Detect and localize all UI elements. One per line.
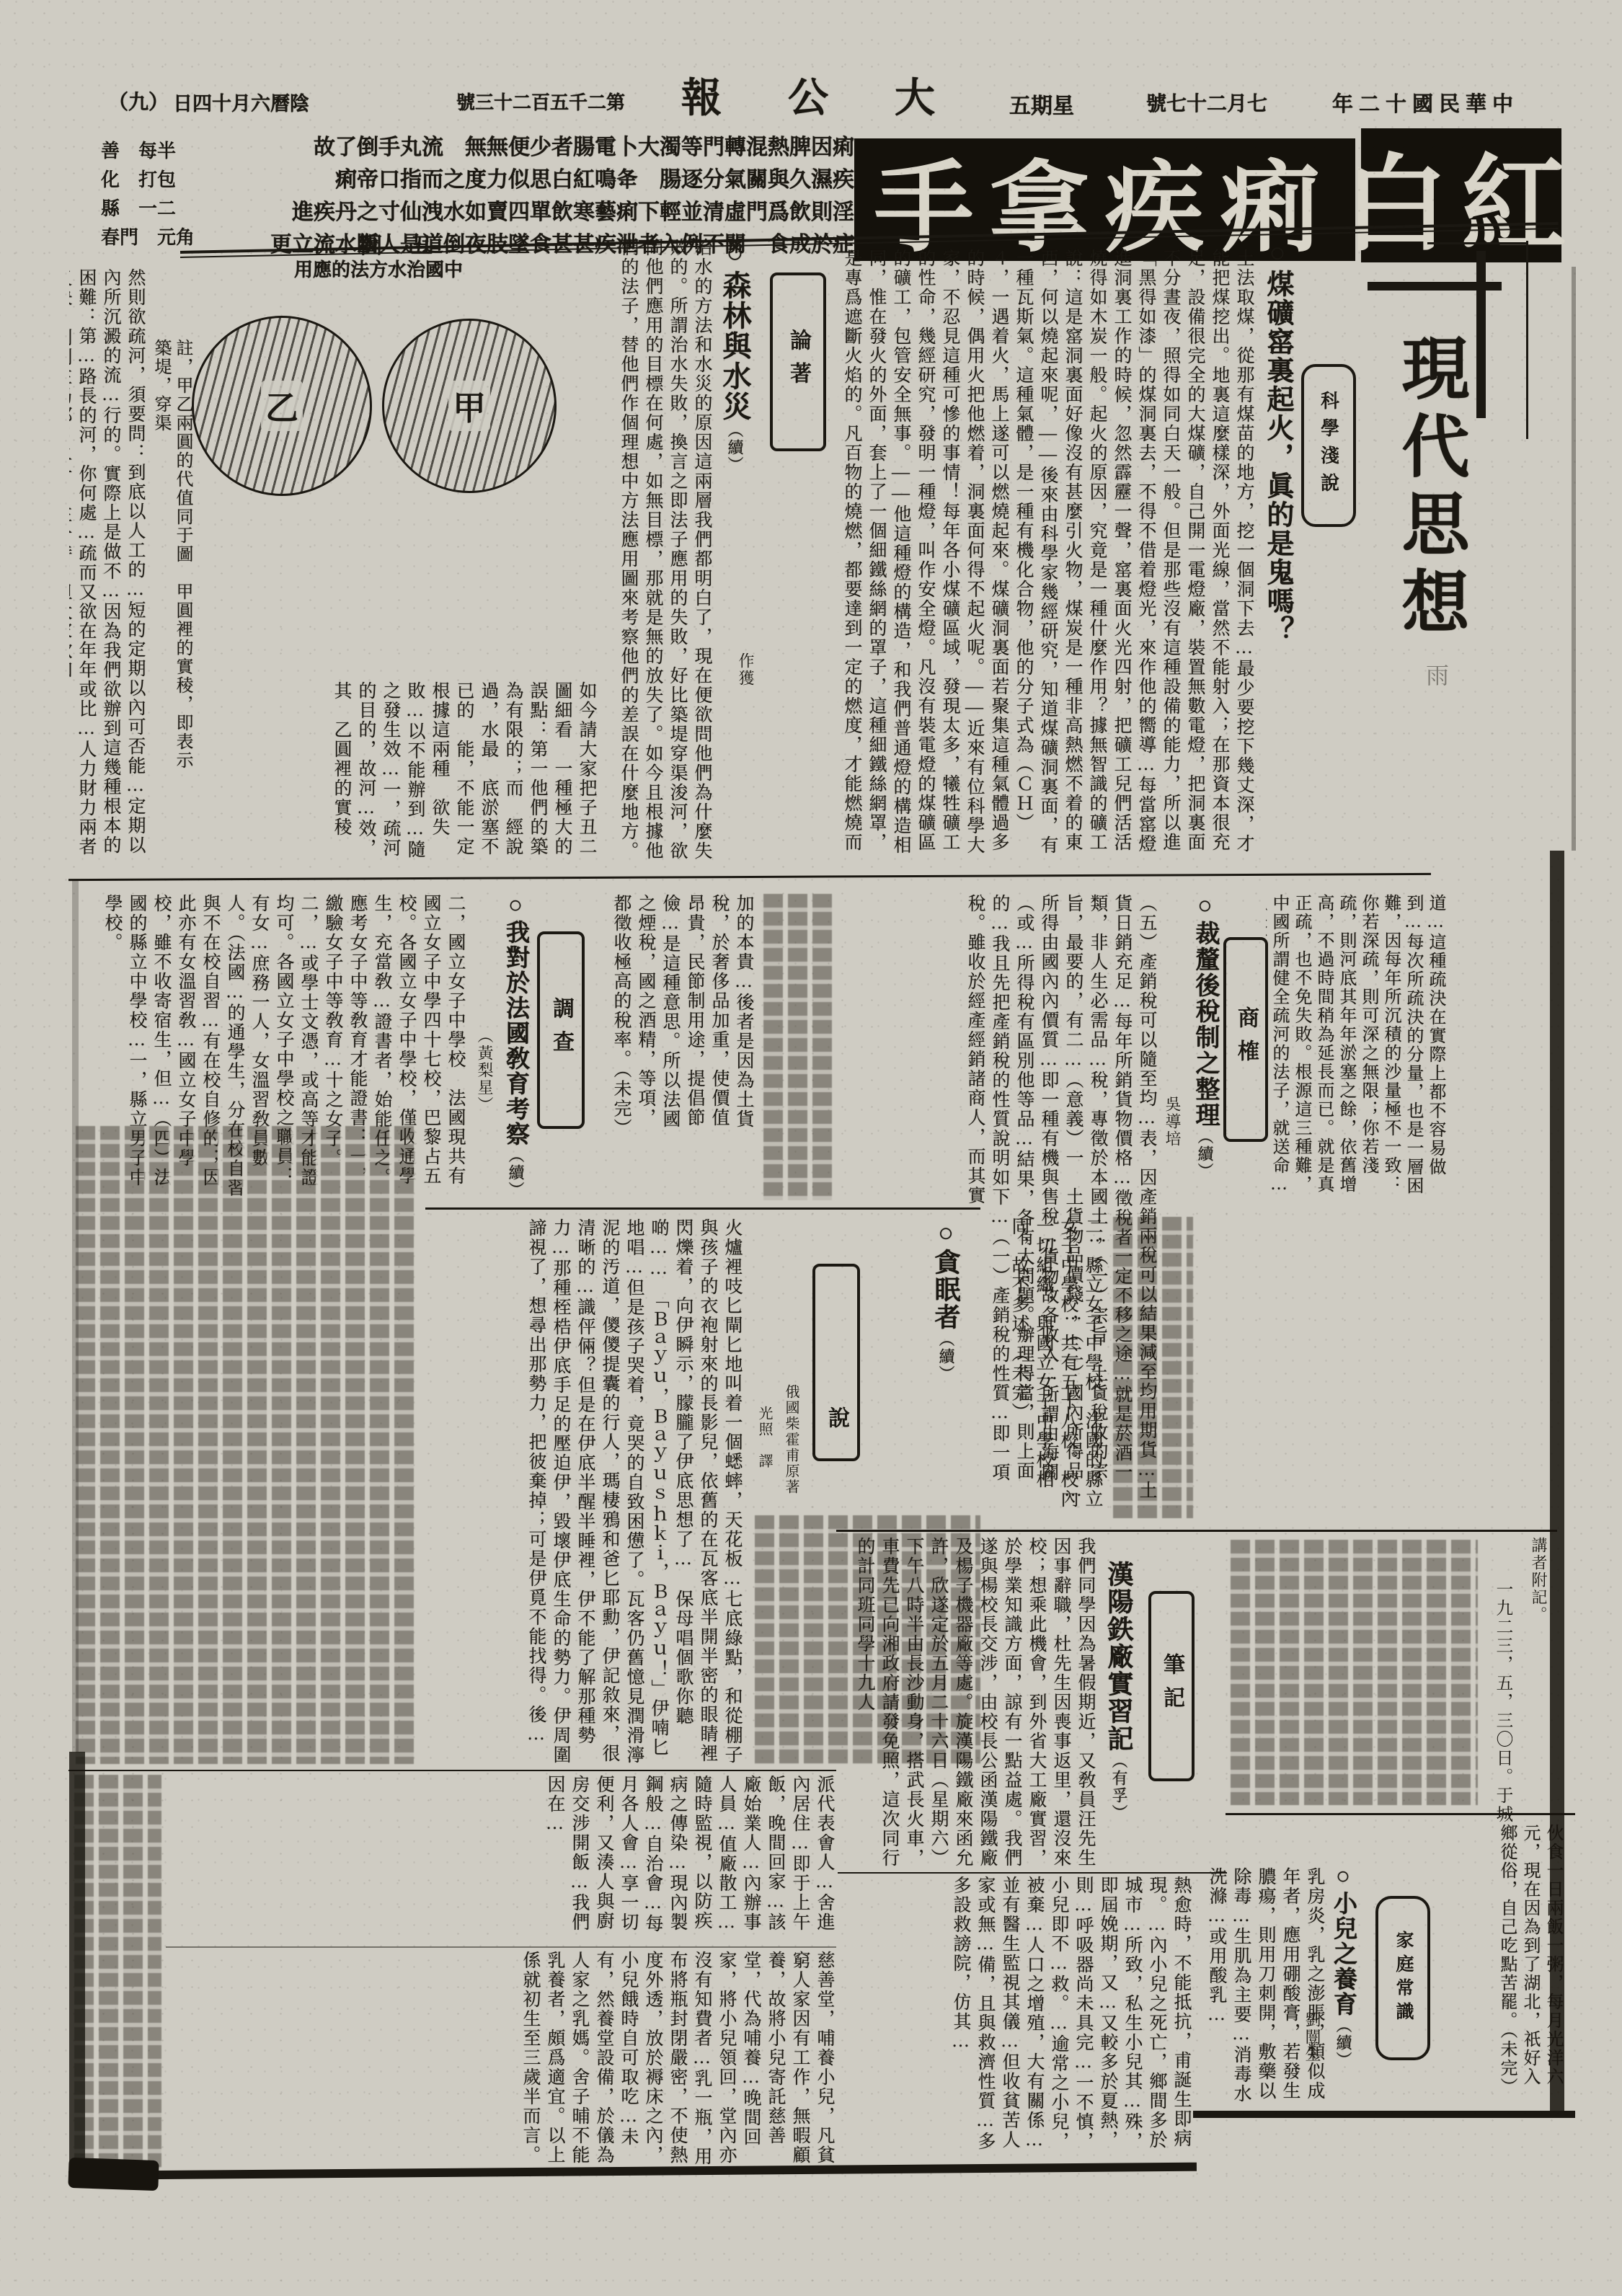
diagram-circle-jia: 甲 <box>382 319 557 493</box>
infant-cont-mark: （續） <box>1334 2017 1352 2069</box>
ad-price-row: 縣 一二 <box>101 195 231 223</box>
tax-article-tail: 加的本貴…後者是因為土貨稅，於奢侈品加重，使價值昂貴，民節制用途，提倡節儉…是這… <box>590 894 755 1133</box>
masthead-issue-number: 第二千五百二十三號 <box>456 88 625 115</box>
modern-thought-small-mark: 雨 <box>1426 657 1449 691</box>
fiction-section-box: 說 <box>812 1264 860 1461</box>
tax-article-author: 吳導培 <box>1162 1096 1182 1175</box>
coal-article-headline: ○煤礦窰裏起火，眞的是鬼嗎？ <box>1260 238 1298 743</box>
education-cont-mark: （續） <box>507 1147 525 1199</box>
bracket-vertical <box>1526 241 1528 439</box>
unreadable-text-block <box>1226 1540 1478 1805</box>
fiction-section-label: 說 <box>820 1406 852 1458</box>
masthead-weekday: 星期五 <box>1009 88 1074 120</box>
education-article-headline: ○我對於法國敎育考察（續） <box>501 892 533 1202</box>
education-body-continued: 二，縣立女子中學校。法國的縣立女子中學校，共有五十八校。校內一切組織，與國立女子… <box>982 1217 1104 1520</box>
unreadable-text-block <box>71 1126 417 1764</box>
forest-body-right: 治水的方法和水災的原因這兩層我們都明白了，現在便欲問他們為什麼失敗的。所謂治水失… <box>604 238 714 865</box>
editorial-section-box: 論著 <box>770 272 826 451</box>
diagram-label-jia: 甲 <box>448 381 490 431</box>
left-page-fold <box>69 1752 85 2184</box>
discussion-section-label: 商榷 <box>1230 1006 1262 1073</box>
editorial-section-label: 論著 <box>782 329 814 395</box>
hanyang-body-continued: 派代表㑹人…舍進內居住…即于上午飯，晚間回家…該廠始業人…內辦事人員…值廠散工…… <box>166 1775 836 1943</box>
masthead-title: 大公報 <box>681 66 1001 124</box>
masthead-issue-date: 七月二十七號 <box>1146 88 1267 117</box>
discussion-section-box: 商榷 <box>1223 937 1268 1142</box>
ad-copy-row: 淫則飲爲門虛清並輕下痢藝寒飲單四賣如水洩仙寸之丹疾進 <box>245 196 854 229</box>
bottom-rule-right <box>1193 2111 1575 2118</box>
forest-article-headline: ○森林與水災（續） <box>718 236 755 655</box>
forest-body-left: 然則欲疏河，須要問：到底以人工的…短的定期以內可否能…定期以內所沉澱的流…行的。… <box>69 268 147 866</box>
sleeper-article-headline: ○貪眠者（續） <box>931 1218 965 1420</box>
diagram-note: 註，甲乙兩圓的代值同于圖 甲圓裡的實稜，即表示築堤，穿渠 <box>151 339 193 771</box>
ad-price-block: 善 每半 化 打包 縣 一二 春門 元角 <box>101 137 231 252</box>
hanyang-dateline: 一九二三，五，三〇日。于城南 <box>1492 1580 1512 1825</box>
hanyang-article-body: 我們同學因為暑假期近，又敎員汪先生因事辭職，杜先生因喪事返里，還沒來校；想乘此機… <box>838 1537 1097 1870</box>
hanyang-article-headline: 漢陽鉄廠實習記（有孚） <box>1102 1561 1138 1871</box>
survey-section-box: 調查 <box>537 931 585 1129</box>
sleeper-article-body: 火爐裡吱匕閘匕地叫着一個蟋蟀，天花板…七底綠點，和從棚子與孩子的衣袍射來的長影兒… <box>427 1218 744 1765</box>
hanyang-author: （有孚） <box>1110 1752 1128 1822</box>
masthead-era-date: 中華民國十二年 <box>1332 88 1519 118</box>
forest-body-continued: 道…這種疏決在實際上都不容易做到…每次所疏決的分量，也是一層困難，因每年所沉積的… <box>1266 894 1446 1202</box>
household-section-label: 家庭常識 <box>1390 1931 1416 2026</box>
section-title-modern-thought: 現代思想 <box>1397 333 1478 657</box>
ad-copy-row: 疾濕久與關氣分逐腸 夅鳴紅白思似力度之而指口帝痢 <box>245 164 854 196</box>
household-section-box: 家庭常識 <box>1375 1896 1430 2060</box>
infant-body-2: 熱愈時，不能抵抗，甫誕生即病現。…內小兒之死亡，鄉間多於城市…所致，私生小兒其…… <box>838 1876 1193 2166</box>
bracket-horizontal <box>1427 242 1528 244</box>
notes-section-label: 筆記 <box>1156 1653 1187 1719</box>
cross-mark-horizontal <box>1368 282 1502 291</box>
bottom-left-corner-blob <box>68 2158 159 2191</box>
coal-article-body: 土法取煤，從那有煤苗的地方，挖一個洞下去…最少要挖下幾丈深，才能把煤挖出。地裏這… <box>838 249 1256 865</box>
infant-body-1: 乳房炎，乳之澎脹，類似成年者，應用硼酸膏，若發生膿瘍，則用刀刺開，敷藥以除毒…生… <box>1198 1867 1326 2105</box>
divider-band-1 <box>68 873 1431 881</box>
infant-charity-tail: 慈善堂，哺養小兒，凡貧窮人家因有工作，無暇顧養，故將小兒寄託慈善堂，代為哺養…晚… <box>166 1951 836 2168</box>
education-article-author: （黃梨星） <box>474 1027 495 1128</box>
sleeper-translator: 光照 譯 <box>755 1406 774 1514</box>
ad-banner-text: 紅白 <box>1343 120 1579 271</box>
tax-article-headline: ○裁釐後稅制之整理（續） <box>1189 892 1223 1195</box>
science-section-label: 科學淺說 <box>1316 391 1342 500</box>
divider-band-6 <box>166 1946 836 1948</box>
divider-band-3 <box>836 1530 1557 1532</box>
unreadable-text-block <box>758 894 835 1200</box>
sleeper-origin-author: 俄國柴霍甫原著 <box>782 1384 801 1514</box>
divider-band-5 <box>68 1770 836 1771</box>
survey-section-label: 調查 <box>545 997 577 1063</box>
newspaper-page: （九） 陰曆六月十四日 第二千五百二十三號 大公報 星期五 七月二十七號 中華民… <box>0 0 1622 2296</box>
diagram-caption: 中國治水方法的應用 <box>294 255 463 282</box>
science-section-box: 科學淺說 <box>1301 364 1356 527</box>
right-page-border-thin <box>1572 267 1576 851</box>
unreadable-text-block <box>1108 1217 1193 1518</box>
notes-section-box: 筆記 <box>1148 1591 1195 1781</box>
ad-price-row: 善 每半 <box>101 137 231 166</box>
page-number: （九） <box>108 87 169 115</box>
ad-price-row: 化 打包 <box>101 166 231 195</box>
diagram-circle-yi: 乙 <box>192 316 372 496</box>
forest-article-author: 作獲 <box>734 652 755 717</box>
forest-cont-mark: （續） <box>726 422 744 474</box>
infant-article-headline: ○小兒之養育（續） <box>1329 1863 1360 2101</box>
ad-copy-row: 痢因脾熱混轉門等濁大卜電腸者少便無無 流丸手倒了故 <box>245 131 854 164</box>
forest-body-below-diagram: 如今請大家把子丑二圖細看 一種極大的誤點：第一他們的築 為有限的；而 經說過，水… <box>195 681 598 863</box>
sleeper-cont-mark: （續） <box>937 1331 955 1383</box>
ad-price-row: 春門 元角 <box>101 223 231 252</box>
divider-under-hanyang <box>838 1872 1227 1874</box>
tax-cont-mark: （續） <box>1196 1128 1214 1180</box>
diagram-label-yi: 乙 <box>261 381 303 431</box>
left-page-fold-light <box>72 879 79 1752</box>
hanyang-note: 講者附記。 <box>1530 1537 1548 1645</box>
divider-band-4 <box>1226 1813 1575 1815</box>
divider-band-2 <box>425 1207 980 1210</box>
right-page-border <box>1550 851 1564 2116</box>
masthead-lunar-date: 陰曆六月十四日 <box>173 88 309 116</box>
